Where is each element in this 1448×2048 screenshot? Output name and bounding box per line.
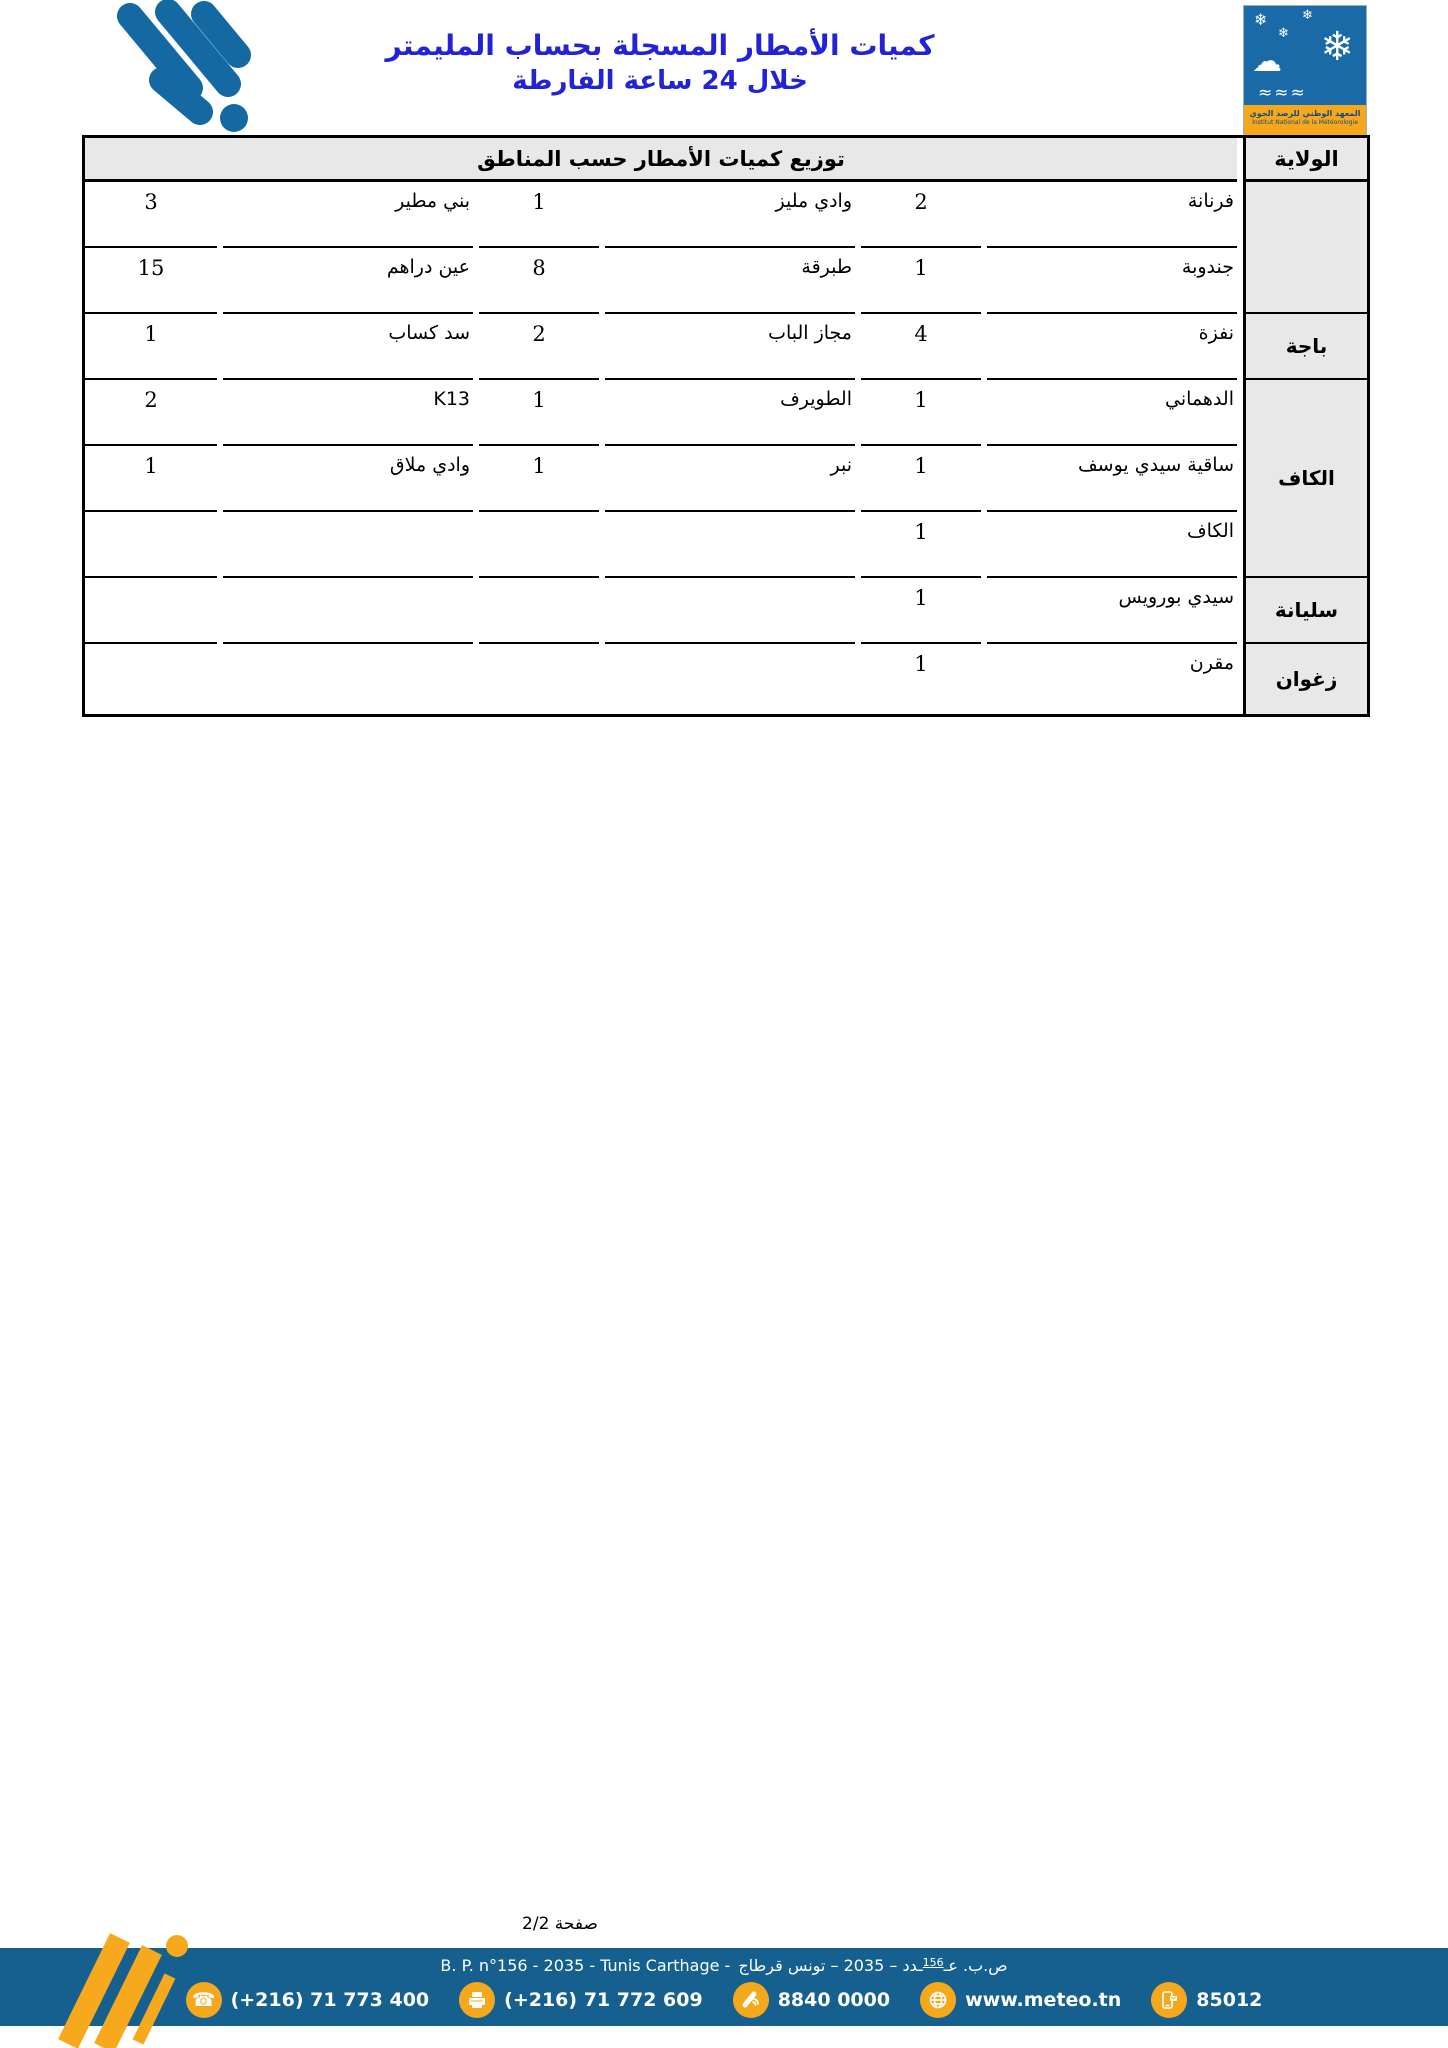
title-line-1: كميات الأمطار المسجلة بحساب المليمتر xyxy=(330,28,990,64)
station-name-cell: الدهماني xyxy=(987,380,1237,446)
inm-logo: ❄ ❄ ❄ ❄ ☁ ≈≈≈ المعهد الوطني للرصد الجوي … xyxy=(1243,5,1367,138)
station-name-cell: نبر xyxy=(605,446,855,512)
cloud-icon: ☁ xyxy=(1252,44,1282,79)
website-url: www.meteo.tn xyxy=(965,1989,1121,2011)
station-name-cell: طبرقة xyxy=(605,248,855,314)
call-center-number: 8840 0000 xyxy=(778,1989,890,2011)
document-page: كميات الأمطار المسجلة بحساب المليمتر خلا… xyxy=(0,0,1448,2048)
station-name-cell: وادي ملاق xyxy=(223,446,473,512)
wilaya-cell: زغوان xyxy=(1243,644,1367,714)
footer-contacts: ☎ (+216) 71 773 400 (+216) 71 772 609 88… xyxy=(0,1982,1448,2018)
wilaya-cell xyxy=(1243,182,1367,314)
station-value-cell xyxy=(85,644,217,714)
station-value-cell: 8 xyxy=(479,248,599,314)
station-value-cell: 1 xyxy=(861,446,981,512)
station-value-cell xyxy=(479,512,599,578)
wilaya-cell: باجة xyxy=(1243,314,1367,380)
fax-number: (+216) 71 772 609 xyxy=(504,1989,703,2011)
station-value-cell: 1 xyxy=(861,578,981,644)
station-value-cell: 1 xyxy=(85,446,217,512)
station-value-cell: 15 xyxy=(85,248,217,314)
waves-icon: ≈≈≈ xyxy=(1258,83,1307,103)
station-value-cell: 2 xyxy=(861,182,981,248)
station-name-cell: مجاز الباب xyxy=(605,314,855,380)
inm-logo-sky: ❄ ❄ ❄ ❄ ☁ ≈≈≈ xyxy=(1244,6,1366,105)
station-name-cell xyxy=(605,512,855,578)
station-name-cell: سيدي بورويس xyxy=(987,578,1237,644)
rain-streaks-icon xyxy=(52,0,252,140)
inm-name-french: Institut National de la Météorologie xyxy=(1244,119,1366,127)
station-value-cell: 1 xyxy=(861,512,981,578)
inm-logo-band: المعهد الوطني للرصد الجوي Institut Natio… xyxy=(1244,105,1366,137)
station-value-cell xyxy=(85,578,217,644)
snowflake-icon: ❄ xyxy=(1278,26,1289,41)
fax-icon xyxy=(459,1982,495,2018)
station-name-cell xyxy=(605,578,855,644)
snowflake-icon: ❄ xyxy=(1320,24,1354,70)
page-title: كميات الأمطار المسجلة بحساب المليمتر خلا… xyxy=(330,28,990,98)
handset-icon xyxy=(733,1982,769,2018)
telephone-icon: ☎ xyxy=(186,1982,222,2018)
contact-phone: ☎ (+216) 71 773 400 xyxy=(186,1982,430,2018)
station-value-cell: 1 xyxy=(479,446,599,512)
station-name-cell: نفزة xyxy=(987,314,1237,380)
station-name-cell xyxy=(223,578,473,644)
footer-address-arabic: ص.ب. عـ156ـدد – 2035 – تونس قرطاج xyxy=(738,1956,1007,1975)
station-name-cell xyxy=(223,644,473,714)
station-name-cell: جندوبة xyxy=(987,248,1237,314)
station-value-cell xyxy=(479,578,599,644)
title-line-2: خلال 24 ساعة الفارطة xyxy=(330,64,990,98)
wilaya-cell: سليانة xyxy=(1243,578,1367,644)
wilaya-column-header: الولاية xyxy=(1243,138,1367,182)
rainfall-table: توزيع كميات الأمطار حسب المناطق الولاية … xyxy=(82,135,1370,717)
station-value-cell: 1 xyxy=(861,248,981,314)
station-name-cell: بني مطير xyxy=(223,182,473,248)
globe-icon xyxy=(920,1982,956,2018)
station-name-cell: فرنانة xyxy=(987,182,1237,248)
contact-fax: (+216) 71 772 609 xyxy=(459,1982,703,2018)
station-name-cell: ساقية سيدي يوسف xyxy=(987,446,1237,512)
mobile-sms-icon xyxy=(1151,1982,1187,2018)
station-value-cell: 2 xyxy=(479,314,599,380)
station-value-cell: 1 xyxy=(479,380,599,446)
station-name-cell: عين دراهم xyxy=(223,248,473,314)
station-value-cell: 2 xyxy=(85,380,217,446)
station-name-cell: الكاف xyxy=(987,512,1237,578)
contact-call-center: 8840 0000 xyxy=(733,1982,890,2018)
station-name-cell: سد كساب xyxy=(223,314,473,380)
contact-website: www.meteo.tn xyxy=(920,1982,1121,2018)
rain-streaks-logo xyxy=(52,0,252,144)
snowflake-icon: ❄ xyxy=(1302,8,1313,23)
station-value-cell: 1 xyxy=(479,182,599,248)
station-value-cell: 1 xyxy=(861,644,981,714)
table-title: توزيع كميات الأمطار حسب المناطق xyxy=(85,138,1237,182)
footer-address: B. P. n°156 - 2035 - Tunis Carthage - ص.… xyxy=(0,1956,1448,1975)
phone-number: (+216) 71 773 400 xyxy=(231,1989,430,2011)
contact-sms: 85012 xyxy=(1151,1982,1262,2018)
inm-name-arabic: المعهد الوطني للرصد الجوي xyxy=(1244,105,1366,119)
station-name-cell xyxy=(605,644,855,714)
page-number: صفحة 2/2 xyxy=(500,1914,620,1934)
station-name-cell: وادي مليز xyxy=(605,182,855,248)
station-name-cell: K13 xyxy=(223,380,473,446)
wilaya-cell: الكاف xyxy=(1243,380,1367,578)
station-name-cell: مقرن xyxy=(987,644,1237,714)
po-box-number: 156 xyxy=(923,1956,944,1969)
station-name-cell xyxy=(223,512,473,578)
snowflake-icon: ❄ xyxy=(1254,10,1267,29)
station-value-cell: 1 xyxy=(85,314,217,380)
station-value-cell: 1 xyxy=(861,380,981,446)
station-value-cell xyxy=(85,512,217,578)
station-name-cell: الطويرف xyxy=(605,380,855,446)
footer-address-latin: B. P. n°156 - 2035 - Tunis Carthage - xyxy=(440,1956,730,1975)
station-value-cell xyxy=(479,644,599,714)
sms-number: 85012 xyxy=(1196,1989,1262,2011)
station-value-cell: 3 xyxy=(85,182,217,248)
station-value-cell: 4 xyxy=(861,314,981,380)
